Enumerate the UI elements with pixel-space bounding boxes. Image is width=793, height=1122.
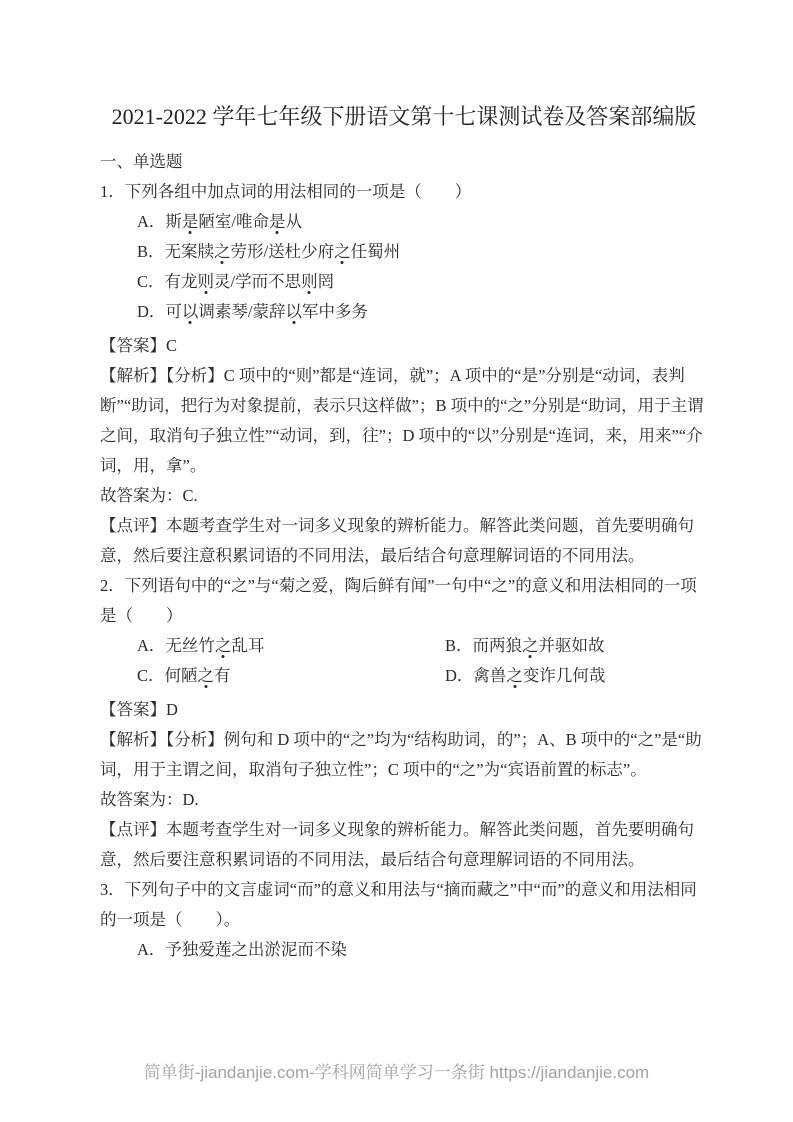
q1-option-d: D．可以调素琴/蒙辞以军中多务 [100,297,708,327]
document-content: 2021-2022 学年七年级下册语文第十七课测试卷及答案部编版 一、单选题 1… [100,94,708,965]
section-heading: 一、单选题 [100,147,708,177]
question-2: 2．下列语句中的“之”与“菊之爱，陶后鲜有闻”一句中“之”的意义和用法相同的一项… [100,571,708,875]
emphasis-dotted-char: 之 [198,666,215,685]
footer-watermark: 简单街-jiandanjie.com-学科网简单学习一条街 https://ji… [0,1060,793,1086]
q2-option-b: B．而两狼之并驱如故 [445,631,605,661]
q3-option-a: A．予独爱莲之出淤泥而不染 [100,935,708,965]
q1-comment-paragraph: 【点评】本题考查学生对一词多义现象的辨析能力。解答此类问题，首先要明确句意，然后… [100,511,708,571]
q1-conclusion-line: 故答案为：C. [100,481,708,511]
q2-stem: 2．下列语句中的“之”与“菊之爱，陶后鲜有闻”一句中“之”的意义和用法相同的一项… [100,571,708,631]
emphasis-dotted-char: 是 [269,212,286,231]
q2-answer-line: 【答案】D [100,695,708,725]
emphasis-dotted-char: 则 [198,272,215,291]
q2-options-row-2: C．何陋之有 D．禽兽之变诈几何哉 [100,661,708,691]
question-3: 3．下列句子中的文言虚词“而”的意义和用法与“摘而藏之”中“而”的意义和用法相同… [100,875,708,965]
emphasis-dotted-char: 之 [215,636,232,655]
q2-options-row-1: A．无丝竹之乱耳 B．而两狼之并驱如故 [100,631,708,661]
emphasis-dotted-char: 之 [214,242,231,261]
q2-analysis-paragraph: 【解析】【分析】例句和 D 项中的“之”均为“结构助词，的”；A、B 项中的“之… [100,725,708,785]
q2-conclusion-line: 故答案为：D. [100,785,708,815]
q2-option-d: D．禽兽之变诈几何哉 [445,661,605,691]
q2-option-c: C．何陋之有 [137,661,445,691]
emphasis-dotted-char: 以 [182,302,199,321]
q1-option-c: C．有龙则灵/学而不思则罔 [100,267,708,297]
document-title: 2021-2022 学年七年级下册语文第十七课测试卷及答案部编版 [110,94,698,139]
exam-document-page: 2021-2022 学年七年级下册语文第十七课测试卷及答案部编版 一、单选题 1… [0,0,793,1122]
q1-answer-line: 【答案】C [100,331,708,361]
emphasis-dotted-char: 以 [286,302,303,321]
question-1: 1．下列各组中加点词的用法相同的一项是（ ） A．斯是陋室/唯命是从 B．无案牍… [100,177,708,571]
q1-stem: 1．下列各组中加点词的用法相同的一项是（ ） [100,177,708,207]
q1-analysis-paragraph: 【解析】【分析】C 项中的“则”都是“连词，就”；A 项中的“是”分别是“动词，… [100,361,708,481]
q2-option-a: A．无丝竹之乱耳 [137,631,445,661]
q2-comment-paragraph: 【点评】本题考查学生对一词多义现象的辨析能力。解答此类问题，首先要明确句意，然后… [100,815,708,875]
emphasis-dotted-char: 之 [522,636,539,655]
q1-option-b: B．无案牍之劳形/送杜少府之任蜀州 [100,237,708,267]
q3-stem: 3．下列句子中的文言虚词“而”的意义和用法与“摘而藏之”中“而”的意义和用法相同… [100,875,708,935]
emphasis-dotted-char: 则 [301,272,318,291]
emphasis-dotted-char: 之 [506,666,523,685]
emphasis-dotted-char: 是 [182,212,199,231]
q1-option-a: A．斯是陋室/唯命是从 [100,207,708,237]
emphasis-dotted-char: 之 [334,242,351,261]
